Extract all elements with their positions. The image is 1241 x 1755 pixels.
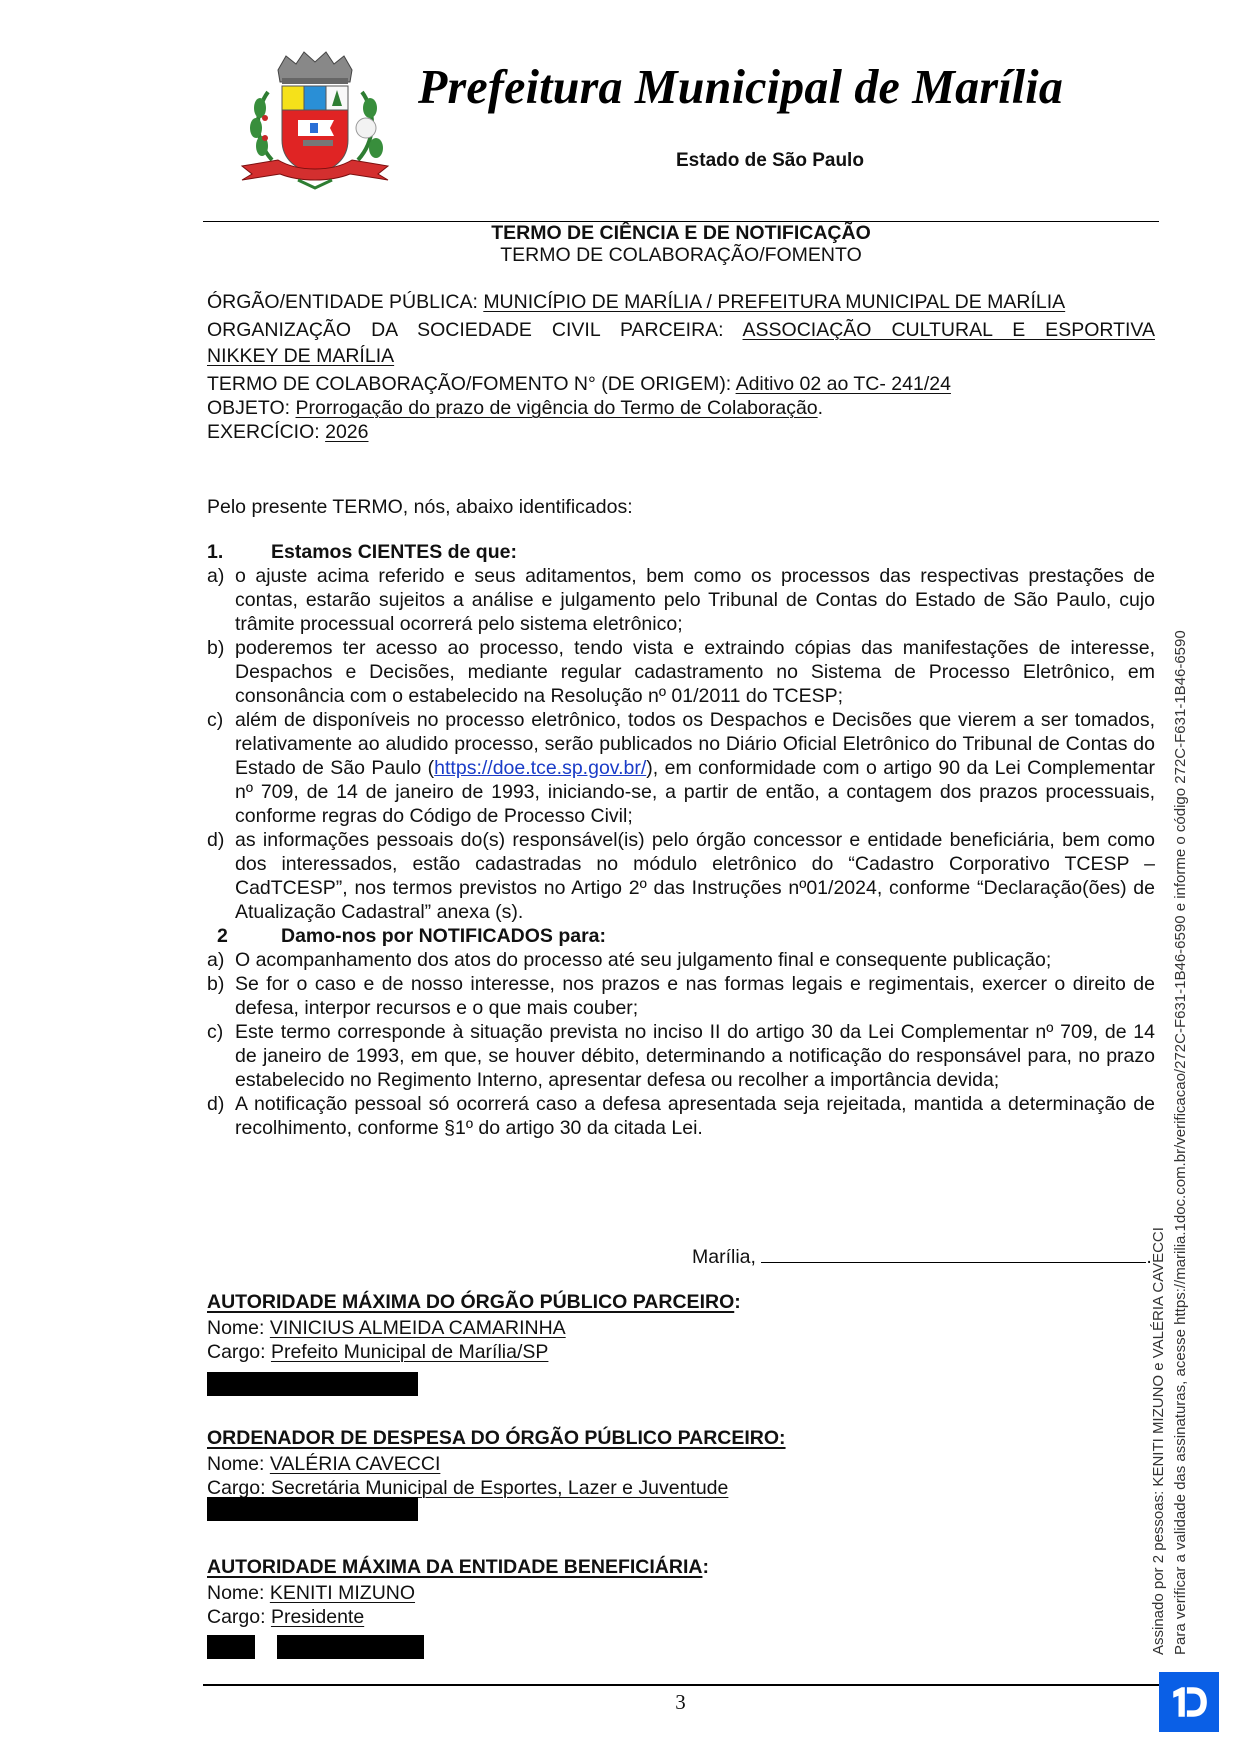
field-osc: ORGANIZAÇÃO DA SOCIEDADE CIVIL PARCEIRA:… xyxy=(207,318,1155,342)
date-blank-field[interactable] xyxy=(761,1246,1146,1263)
list-item: b) poderemos ter acesso ao processo, ten… xyxy=(207,636,1155,708)
list-item: a) O acompanhamento dos atos do processo… xyxy=(207,948,1155,972)
list-item: d) as informações pessoais do(s) respons… xyxy=(207,828,1155,924)
signatory-name: VINICIUS ALMEIDA CAMARINHA xyxy=(270,1317,566,1339)
signature-verification-stamp: Assinado por 2 pessoas: KENITI MIZUNO e … xyxy=(1148,555,1192,1655)
item-letter: c) xyxy=(207,708,235,828)
tce-doe-link[interactable]: https://doe.tce.sp.gov.br/ xyxy=(434,757,646,779)
item-letter: a) xyxy=(207,564,235,636)
redacted-field xyxy=(207,1497,418,1521)
item-letter: c) xyxy=(207,1020,235,1092)
list-item: a) o ajuste acima referido e seus aditam… xyxy=(207,564,1155,636)
osc-value-cont: NIKKEY DE MARÍLIA xyxy=(207,345,394,367)
role-label: Cargo: xyxy=(207,1477,271,1499)
section-number: 1. xyxy=(207,540,271,564)
field-orgao: ÓRGÃO/ENTIDADE PÚBLICA: MUNICÍPIO DE MAR… xyxy=(207,290,1155,314)
item-text: o ajuste acima referido e seus aditament… xyxy=(235,564,1155,636)
section-heading: 1. Estamos CIENTES de que: xyxy=(207,540,1155,564)
signatory-role: Presidente xyxy=(271,1606,364,1628)
objeto-suffix: . xyxy=(818,397,823,419)
list-item: b) Se for o caso e de nosso interesse, n… xyxy=(207,972,1155,1020)
signatory-role: Prefeito Municipal de Marília/SP xyxy=(271,1341,548,1363)
1doc-logo-icon xyxy=(1159,1672,1219,1732)
document-subheading: TERMO DE COLABORAÇÃO/FOMENTO xyxy=(207,243,1155,267)
redacted-field xyxy=(207,1635,255,1659)
coat-of-arms-icon xyxy=(238,48,393,190)
item-text: as informações pessoais do(s) responsáve… xyxy=(235,828,1155,924)
section-notificados: 2 Damo-nos por NOTIFICADOS para: a) O ac… xyxy=(207,924,1155,1140)
termo-label: TERMO DE COLABORAÇÃO/FOMENTO N° (DE ORIG… xyxy=(207,373,736,395)
page-number: 3 xyxy=(0,1690,1241,1715)
name-label: Nome: xyxy=(207,1317,270,1339)
section-title: Damo-nos por NOTIFICADOS para: xyxy=(281,924,606,948)
signatory-heading: AUTORIDADE MÁXIMA DO ÓRGÃO PÚBLICO PARCE… xyxy=(207,1291,734,1313)
state-subtitle: Estado de São Paulo xyxy=(676,150,864,172)
place-date-line: Marília, . xyxy=(692,1246,1152,1269)
section-heading: 2 Damo-nos por NOTIFICADOS para: xyxy=(207,924,1155,948)
field-termo: TERMO DE COLABORAÇÃO/FOMENTO N° (DE ORIG… xyxy=(207,372,1155,396)
exercicio-label: EXERCÍCIO: xyxy=(207,421,325,443)
orgao-label: ÓRGÃO/ENTIDADE PÚBLICA: xyxy=(207,291,483,313)
heading-colon: : xyxy=(702,1556,709,1578)
signatory-heading: AUTORIDADE MÁXIMA DA ENTIDADE BENEFICIÁR… xyxy=(207,1556,702,1578)
intro-text: Pelo presente TERMO, nós, abaixo identif… xyxy=(207,495,1155,519)
field-exercicio: EXERCÍCIO: 2026 xyxy=(207,420,1155,444)
footer-divider xyxy=(203,1684,1159,1686)
signatory-name: KENITI MIZUNO xyxy=(270,1582,415,1604)
item-text: poderemos ter acesso ao processo, tendo … xyxy=(235,636,1155,708)
name-label: Nome: xyxy=(207,1582,270,1604)
item-letter: b) xyxy=(207,636,235,708)
objeto-value: Prorrogação do prazo de vigência do Term… xyxy=(296,397,818,419)
signatory-role: Secretária Municipal de Esportes, Lazer … xyxy=(271,1477,728,1499)
list-item: c) além de disponíveis no processo eletr… xyxy=(207,708,1155,828)
name-label: Nome: xyxy=(207,1453,270,1475)
document-heading: TERMO DE CIÊNCIA E DE NOTIFICAÇÃO xyxy=(207,221,1155,245)
item-letter: b) xyxy=(207,972,235,1020)
item-text: além de disponíveis no processo eletrôni… xyxy=(235,708,1155,828)
redacted-field xyxy=(207,1372,418,1396)
section-cientes: 1. Estamos CIENTES de que: a) o ajuste a… xyxy=(207,540,1155,924)
role-label: Cargo: xyxy=(207,1341,271,1363)
signatory-block: AUTORIDADE MÁXIMA DA ENTIDADE BENEFICIÁR… xyxy=(207,1555,1155,1629)
list-item: c) Este termo corresponde à situação pre… xyxy=(207,1020,1155,1092)
termo-value: Aditivo 02 ao TC- 241/24 xyxy=(736,373,951,395)
item-letter: d) xyxy=(207,828,235,924)
item-text: A notificação pessoal só ocorrerá caso a… xyxy=(235,1092,1155,1140)
role-label: Cargo: xyxy=(207,1606,271,1628)
item-letter: a) xyxy=(207,948,235,972)
osc-label: ORGANIZAÇÃO DA SOCIEDADE CIVIL PARCEIRA: xyxy=(207,319,743,341)
item-text: Se for o caso e de nosso interesse, nos … xyxy=(235,972,1155,1020)
osc-value: ASSOCIAÇÃO CULTURAL E ESPORTIVA xyxy=(743,319,1155,341)
city-label: Marília, xyxy=(692,1246,756,1268)
signers-line: Assinado por 2 pessoas: KENITI MIZUNO e … xyxy=(1148,555,1170,1655)
item-text: O acompanhamento dos atos do processo at… xyxy=(235,948,1155,972)
heading-colon: : xyxy=(734,1291,741,1313)
signatory-heading: ORDENADOR DE DESPESA DO ÓRGÃO PÚBLICO PA… xyxy=(207,1427,786,1449)
verification-line[interactable]: Para verificar a validade das assinatura… xyxy=(1170,555,1192,1655)
field-objeto: OBJETO: Prorrogação do prazo de vigência… xyxy=(207,396,1155,420)
item-text: Este termo corresponde à situação previs… xyxy=(235,1020,1155,1092)
field-osc-cont: NIKKEY DE MARÍLIA xyxy=(207,344,1155,368)
orgao-value: MUNICÍPIO DE MARÍLIA / PREFEITURA MUNICI… xyxy=(483,291,1065,313)
redacted-field xyxy=(277,1635,424,1659)
item-letter: d) xyxy=(207,1092,235,1140)
section-number: 2 xyxy=(207,924,281,948)
exercicio-value: 2026 xyxy=(325,421,368,443)
municipality-title: Prefeitura Municipal de Marília xyxy=(418,58,1063,115)
signatory-name: VALÉRIA CAVECCI xyxy=(270,1453,441,1475)
list-item: d) A notificação pessoal só ocorrerá cas… xyxy=(207,1092,1155,1140)
section-title: Estamos CIENTES de que: xyxy=(271,540,517,564)
signatory-block: AUTORIDADE MÁXIMA DO ÓRGÃO PÚBLICO PARCE… xyxy=(207,1290,1155,1364)
objeto-label: OBJETO: xyxy=(207,397,296,419)
signatory-block: ORDENADOR DE DESPESA DO ÓRGÃO PÚBLICO PA… xyxy=(207,1426,1155,1500)
